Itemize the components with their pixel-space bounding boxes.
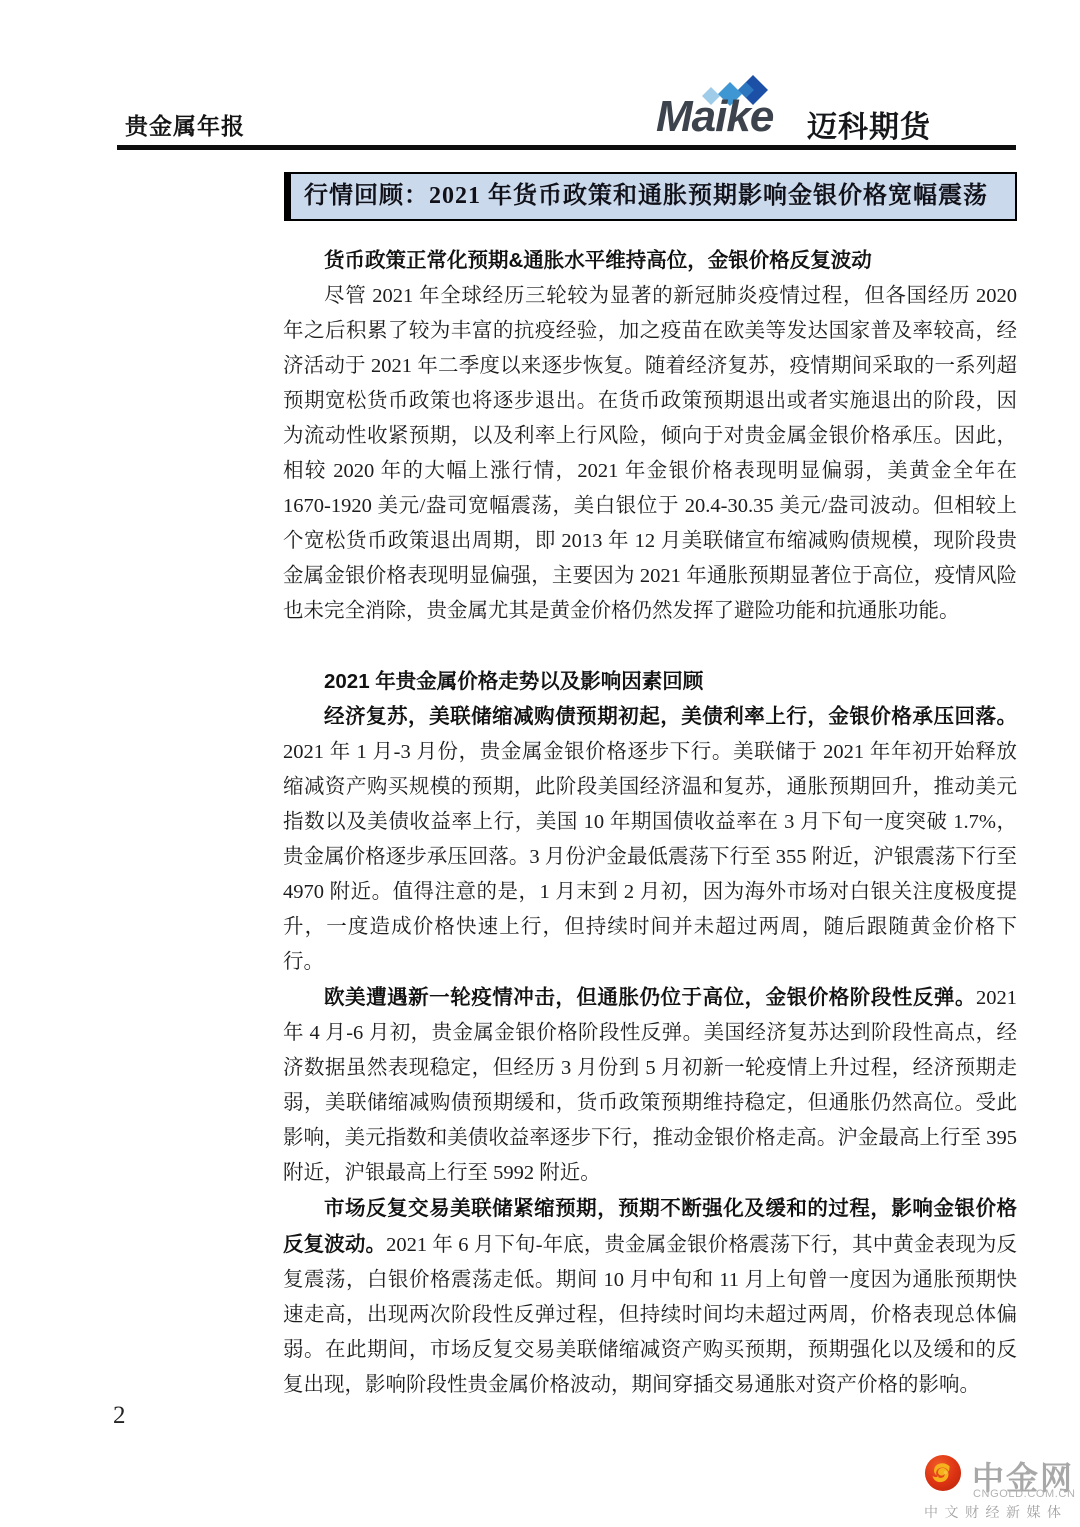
paragraph: 经济复苏，美联储缩减购债预期初起，美债利率上行，金银价格承压回落。2021 年 … <box>283 699 1017 980</box>
paragraph-lead: 经济复苏，美联储缩减购债预期初起，美债利率上行，金银价格承压回落。 <box>324 705 1017 728</box>
paragraph: 尽管 2021 年全球经历三轮较为显著的新冠肺炎疫情过程，但各国经历 2020 … <box>283 278 1017 629</box>
document-page: 贵金属年报 Maike 迈科期货 行情回顾：2021 年货币政策和通胀预期影响金… <box>0 0 1080 1527</box>
maike-logo: Maike 迈科期货 <box>650 72 950 138</box>
paragraph-lead: 欧美遭遇新一轮疫情冲击，但通胀仍位于高位，金银价格阶段性反弹。 <box>324 986 976 1009</box>
report-type-label: 贵金属年报 <box>125 108 245 141</box>
cngold-watermark: 中金网 CNGOLD.COM.CN 中文财经新媒体 <box>922 1452 1072 1518</box>
header-divider <box>117 145 1016 150</box>
paragraph-text: 尽管 2021 年全球经历三轮较为显著的新冠肺炎疫情过程，但各国经历 2020 … <box>283 285 1017 622</box>
cngold-tagline: 中文财经新媒体 <box>924 1502 1068 1522</box>
report-body: 货币政策正常化预期&通胀水平维持高位，金银价格反复波动 尽管 2021 年全球经… <box>283 243 1017 1403</box>
maike-chinese-name: 迈科期货 <box>807 102 931 146</box>
page-number: 2 <box>113 1402 126 1430</box>
paragraph-text: 2021 年 1 月-3 月份，贵金属金银价格逐步下行。美联储于 2021 年年… <box>283 741 1017 973</box>
cngold-site-url: CNGOLD.COM.CN <box>973 1488 1076 1500</box>
paragraph-text: 2021 年 4 月-6 月初，贵金属金银价格阶段性反弹。美国经济复苏达到阶段性… <box>283 987 1017 1184</box>
cngold-logo-icon <box>924 1454 962 1492</box>
maike-wordmark: Maike <box>656 92 773 142</box>
section-heading: 货币政策正常化预期&通胀水平维持高位，金银价格反复波动 <box>283 243 1017 278</box>
section-title-bar: 行情回顾：2021 年货币政策和通胀预期影响金银价格宽幅震荡 <box>284 172 1017 221</box>
paragraph-text: 2021 年 6 月下旬-年底，贵金属金银价格震荡下行，其中黄金表现为反复震荡，… <box>283 1234 1017 1396</box>
section-heading: 2021 年贵金属价格走势以及影响因素回顾 <box>283 664 1017 699</box>
paragraph: 欧美遭遇新一轮疫情冲击，但通胀仍位于高位，金银价格阶段性反弹。2021 年 4 … <box>283 980 1017 1191</box>
paragraph: 市场反复交易美联储紧缩预期，预期不断强化及缓和的过程，影响金银价格反复波动。20… <box>283 1191 1017 1403</box>
